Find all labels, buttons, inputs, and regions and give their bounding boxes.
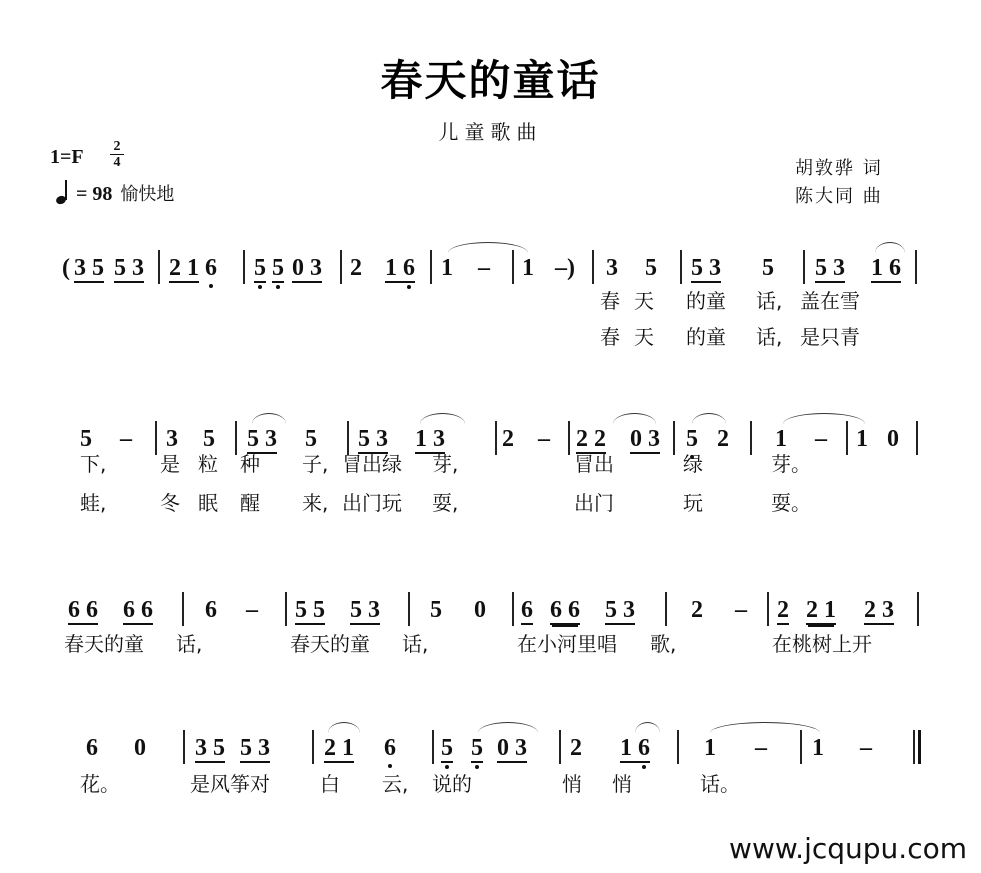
lyric-text: 在小河里唱 [517,628,617,657]
note: 2 [570,736,582,760]
note: 5 3 [240,736,270,763]
note: – [120,427,132,451]
note: – [538,427,550,451]
note: 6 [86,736,98,760]
note: 6 6 [123,598,153,625]
note: 1 [522,256,534,280]
time-signature: 2 4 [110,140,124,169]
barline [155,421,157,455]
barline [592,250,594,284]
slur-tie [635,722,660,733]
note: 0 3 [292,256,322,283]
note: 0 [134,736,146,760]
note: – [735,598,747,622]
note: 1 6 [620,736,650,763]
note: 2 [777,598,789,625]
song-title: 春天的童话 [0,48,981,108]
quarter-note-icon [56,182,68,204]
slur-tie [252,413,286,424]
lyric-text: 种 [240,448,260,477]
barline [568,421,570,455]
lyric-text: 出门 [574,487,614,516]
lyric-text: 话。 [700,768,740,797]
barline [340,250,342,284]
note: 0 3 [497,736,527,763]
lyric-text: 醒 [240,487,260,516]
slur-tie [613,413,656,424]
barline [495,421,497,455]
lyric-text: 芽, [432,448,458,477]
barline [512,592,514,626]
site-watermark: www.jcqupu.com [729,832,967,865]
note: 1 [812,736,824,760]
barline [800,730,802,764]
note: – [755,736,767,760]
lyric-text: 耍, [432,487,458,516]
note: 5 5 [295,598,325,625]
note: 6 [205,598,217,622]
lyric-text: 悄 [562,768,582,797]
note: – [860,736,872,760]
barline [665,592,667,626]
barline [430,250,432,284]
note: 3 5 [195,736,225,763]
barline [673,421,675,455]
note: 5 3 [114,256,144,283]
slur-tie [783,413,865,424]
note: 5 [645,256,657,280]
note: 1 6 [871,256,901,283]
note: 6 6 [68,598,98,625]
note: 5 [272,256,284,283]
note: 2 [502,427,514,451]
lyric-text: 话, [756,285,782,314]
lyric-text: 冒出 [574,448,614,477]
time-signature-bottom: 4 [114,155,121,170]
composer-credit: 陈大同 曲 [795,182,883,208]
barline [750,421,752,455]
barline [243,250,245,284]
lyric-text: 话, [402,628,428,657]
barline [767,592,769,626]
lyric-text: 歌, [650,628,676,657]
lyric-text: 是只青 [800,321,860,350]
time-signature-top: 2 [114,139,121,154]
lyric-text: 眠 [198,487,218,516]
note: 3 5 [74,256,104,283]
lyric-text: 冬 [160,487,180,516]
note: 5 [441,736,453,763]
lyric-text: 春天的童 [64,628,144,657]
tempo-value: = 98 [76,183,112,205]
note: 6 6 [550,598,580,625]
lyric-text: 云, [382,768,408,797]
barline [917,592,919,626]
lyric-text: 是 [160,448,180,477]
note: 5 3 [350,598,380,625]
lyric-text: 绿 [683,448,703,477]
barline [916,421,918,455]
lyric-text: 悄 [612,768,632,797]
slur-tie [710,722,820,733]
note: 3 [606,256,618,280]
note: – [815,427,827,451]
tempo-expression: 愉快地 [120,184,174,205]
lyric-text: 耍。 [771,487,811,516]
barline [285,592,287,626]
slur-tie [692,413,726,424]
note: 1 [704,736,716,760]
note: 5 [430,598,442,622]
note: 6 [205,256,217,280]
lyric-text: 春 [600,285,620,314]
final-barline-thick [918,730,921,764]
note: 5 [762,256,774,280]
lyric-text: 粒 [198,448,218,477]
note: 2 1 [324,736,354,763]
barline [915,250,917,284]
note: 0 3 [630,427,660,454]
note: 2 3 [864,598,894,625]
note: 0 [474,598,486,622]
lyric-text: 盖在雪 [800,285,860,314]
note: 1 [856,427,868,451]
lyric-text: 玩 [683,487,703,516]
note: –) [555,256,575,280]
key-signature: 1=F [50,146,84,169]
tempo-marking: = 98愉快地 [56,180,174,206]
barline [846,421,848,455]
note: 5 [471,736,483,763]
lyric-text: 花。 [80,768,120,797]
barline [803,250,805,284]
final-barline-thin [913,730,915,764]
barline [432,730,434,764]
note: – [246,598,258,622]
barline [158,250,160,284]
lyric-text: 天 [634,285,654,314]
lyric-text: 芽。 [771,448,811,477]
note: 2 1 [169,256,199,283]
lyric-text: 的童 [686,285,726,314]
note: 1 6 [385,256,415,283]
lyric-text: 春天的童 [290,628,370,657]
lyric-text: 来, [302,487,328,516]
note: 2 1 [806,598,836,625]
barline [677,730,679,764]
note: 6 [521,598,533,625]
song-subtitle: 儿童歌曲 [0,116,981,145]
slur-tie [328,722,360,733]
note: 2 [717,427,729,451]
slur-tie [875,242,905,253]
note: 6 [384,736,396,760]
slur-tie [420,413,465,424]
lyric-text: 下, [80,448,106,477]
lyric-text: 是风筝对 [190,768,270,797]
barline [680,250,682,284]
note: 2 [350,256,362,280]
barline [559,730,561,764]
note: 2 [691,598,703,622]
barline [182,592,184,626]
note: 1 [441,256,453,280]
barline [312,730,314,764]
barline [235,421,237,455]
slur-tie [448,242,528,253]
slur-tie [478,722,538,733]
note: 5 3 [691,256,721,283]
note: 5 3 [815,256,845,283]
lyric-text: 的童 [686,321,726,350]
lyric-text: 蛙, [80,487,106,516]
barline [512,250,514,284]
lyric-text: 子, [302,448,328,477]
lyricist-credit: 胡敦骅 词 [795,154,883,180]
lyric-text: 说的 [432,768,472,797]
lyric-text: 冒出绿 [342,448,402,477]
lyric-text: 天 [634,321,654,350]
barline [183,730,185,764]
lyric-text: 春 [600,321,620,350]
note: 0 [887,427,899,451]
lyric-text: 话, [176,628,202,657]
lyric-text: 出门玩 [342,487,402,516]
note: – [478,256,490,280]
lyric-text: 在桃树上开 [772,628,872,657]
barline [408,592,410,626]
note: 5 [254,256,266,283]
note: ( [62,256,70,280]
lyric-text: 话, [756,321,782,350]
lyric-text: 白 [320,768,340,797]
note: 5 3 [605,598,635,625]
